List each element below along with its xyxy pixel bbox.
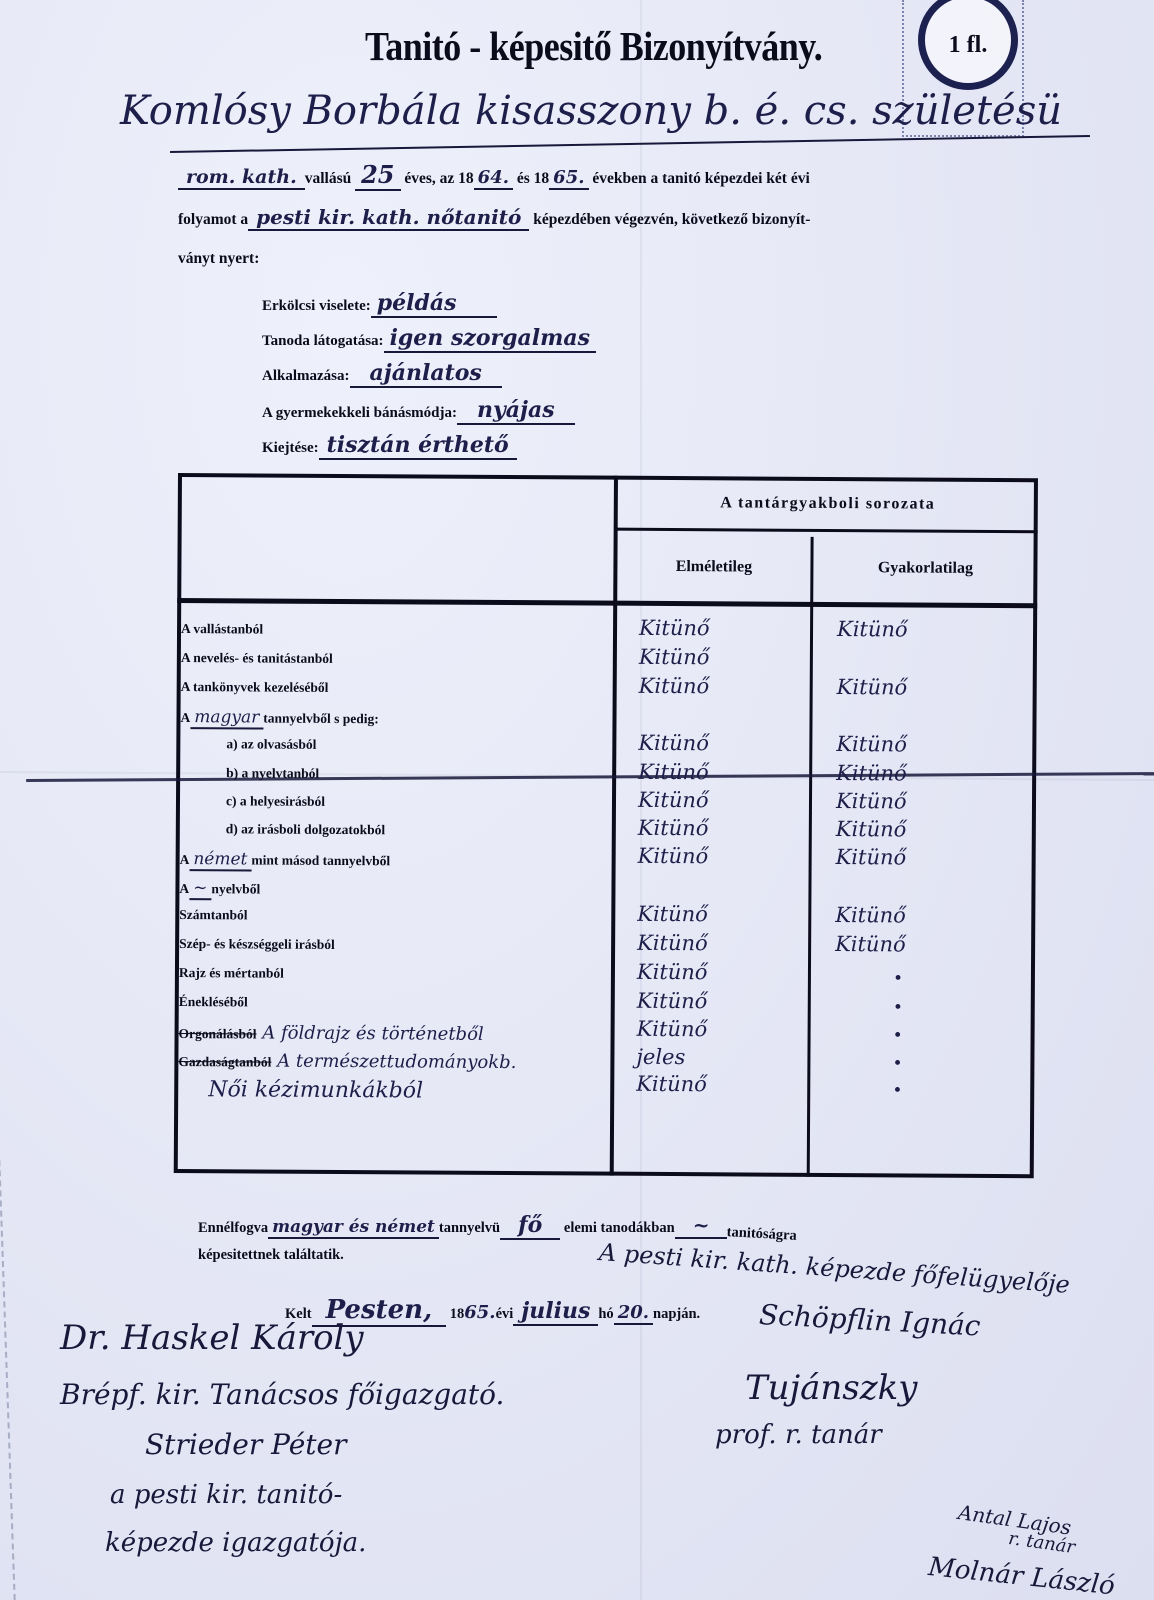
- conclusion-line: Ennélfogvamagyar és némettannyelvüfő ele…: [198, 1212, 798, 1238]
- table-header-main: A tantárgyakboli sorozata: [618, 494, 1038, 515]
- grade-theory: Kitünő: [638, 760, 709, 784]
- year-field: 65.: [464, 1302, 495, 1323]
- stamp-value: 1 fl.: [949, 32, 988, 59]
- qualified-line: képesitettnek találtatik.: [198, 1247, 344, 1264]
- attribute-row: Kiejtése:tisztán érthető: [262, 432, 517, 458]
- signature-line: képezde igazgatója.: [105, 1528, 366, 1558]
- language-field: magyar és német: [268, 1217, 439, 1239]
- grade-practice: Kitünő: [836, 732, 907, 756]
- table-row-subject: Orgonálásból A földrajz és történetből: [179, 1022, 484, 1045]
- signature-line: Strieder Péter: [145, 1428, 346, 1461]
- grades-table: A tantárgyakboli sorozata Elméletileg Gy…: [174, 473, 1038, 1178]
- and-label: és: [517, 170, 530, 187]
- signature-line: a pesti kir. tanitó-: [110, 1480, 342, 1510]
- grade-theory: Kitünő: [639, 616, 710, 640]
- holder-underline: [170, 135, 1090, 153]
- attribute-value: ajánlatos: [350, 360, 502, 388]
- month-field: julius: [513, 1298, 598, 1326]
- grade-practice: Kitünő: [836, 845, 907, 869]
- blank-field: ~: [675, 1213, 728, 1239]
- attribute-label: Tanoda látogatása:: [262, 333, 384, 349]
- institute-label: képezdében végezvén, következő bizonyít-: [533, 211, 810, 228]
- table-row-subject: Rajz és mértanból: [179, 965, 284, 982]
- grade-practice: Kitünő: [835, 932, 906, 956]
- religion-age-line: rom. kath.vallású 25 éves, az 1864. és 1…: [178, 160, 810, 189]
- table-row-subject: Énekléséből: [179, 994, 248, 1010]
- attribute-value: tisztán érthető: [319, 432, 517, 460]
- religion-field: rom. kath.: [178, 166, 305, 190]
- grade-theory: Kitünő: [637, 960, 708, 984]
- table-row-subject: Számtanból: [179, 907, 247, 923]
- age-label: éves, az: [404, 170, 454, 187]
- subject-struck: Gazdaságtanból: [178, 1054, 271, 1070]
- grade-practice: Kitünő: [837, 617, 908, 641]
- attribute-value: példás: [371, 290, 497, 318]
- subject-fill: német: [189, 849, 251, 871]
- grade-theory: Kitünő: [638, 788, 709, 812]
- grade-theory: jeles: [636, 1045, 685, 1069]
- grade-theory: Kitünő: [637, 931, 708, 955]
- attribute-row: Alkalmazása:ajánlatos: [262, 360, 502, 386]
- subject-suffix: mint másod tannyelvből: [251, 852, 390, 868]
- attribute-value: nyájas: [457, 397, 575, 425]
- grade-practice-dash: •: [895, 967, 901, 988]
- subject-prefix: A: [180, 852, 190, 867]
- table-row-subject: A tankönyvek kezeléséből: [181, 679, 329, 696]
- conclusion-prefix: Ennélfogva: [198, 1220, 268, 1236]
- grade-theory: Kitünő: [638, 844, 709, 868]
- level-label: elemi tanodákban: [564, 1220, 675, 1236]
- received-label: ványt nyert:: [178, 250, 259, 268]
- grade-practice-dash: •: [895, 996, 901, 1017]
- paper-edge: [0, 1160, 19, 1600]
- year-label: évi: [496, 1306, 514, 1322]
- attribute-label: Kiejtése:: [262, 440, 319, 456]
- signature-line: A pesti kir. kath. képezde főfelügyelője: [598, 1238, 1071, 1299]
- attribute-row: Erkölcsi viselete:példás: [262, 290, 497, 316]
- grade-theory: Kitünő: [637, 1017, 708, 1041]
- grade-theory: Kitünő: [636, 1072, 707, 1096]
- month-label: hó: [598, 1306, 613, 1322]
- religion-label: vallású: [305, 170, 352, 187]
- institute-field: pesti kir. kath. nőtanitó: [248, 205, 529, 231]
- table-row-subject: a) az olvasásból: [226, 736, 316, 753]
- subject-prefix: A: [179, 881, 189, 896]
- table-row-subject: Gazdaságtanból A természettudományokb.: [178, 1050, 516, 1073]
- year-prefix-2: 18: [534, 170, 550, 187]
- table-header-practice: Gyakorlatilag: [813, 559, 1037, 578]
- table-row-subject: A vallástanból: [181, 621, 263, 638]
- signature-line: Schöpflin Ignác: [758, 1298, 981, 1343]
- day-label: napján.: [653, 1306, 700, 1322]
- table-row-subject: A~nyelvből: [179, 878, 260, 898]
- document-page: Tanitó - képesitő Bizonyítvány. 1 fl. Ko…: [0, 0, 1154, 1600]
- table-row-subject: b) a nyelvtanból: [226, 765, 319, 782]
- grade-practice: Kitünő: [836, 789, 907, 813]
- table-row-subject: d) az irásboli dolgozatokból: [226, 821, 385, 838]
- signature-line: Dr. Haskel Károly: [60, 1318, 364, 1358]
- grade-theory: Kitünő: [639, 645, 710, 669]
- grade-theory: Kitünő: [639, 674, 710, 698]
- grade-theory: Kitünő: [637, 989, 708, 1013]
- table-row-subject: Anémetmint másod tannyelvből: [180, 849, 391, 870]
- age-field: 25: [355, 160, 400, 191]
- subject-prefix: A: [180, 710, 190, 725]
- level-field: fő: [500, 1212, 560, 1240]
- grade-practice: Kitünő: [836, 817, 907, 841]
- signature-line: prof. r. tanár: [715, 1420, 882, 1450]
- signature-line: Tujánszky: [745, 1368, 917, 1408]
- grade-practice-dash: •: [894, 1079, 900, 1100]
- stamp-seal: 1 fl.: [918, 0, 1018, 90]
- subject-suffix: nyelvből: [211, 881, 260, 896]
- attribute-value: igen szorgalmas: [384, 325, 596, 353]
- subject-fill: ~: [189, 878, 211, 900]
- table-row-subject: A nevelés- és tanitástanból: [181, 650, 333, 667]
- table-header-theory: Elméletileg: [617, 558, 810, 577]
- language-label: tannyelvü: [439, 1220, 500, 1236]
- attribute-label: Erkölcsi viselete:: [262, 298, 371, 314]
- document-title: Tanitó - képesitő Bizonyítvány.: [365, 22, 822, 70]
- subject-handwritten: A földrajz és történetből: [257, 1022, 484, 1044]
- day-field: 20.: [614, 1302, 653, 1325]
- course-label: folyamot a: [178, 211, 248, 228]
- table-row-subject: Amagyartannyelvből s pedig:: [180, 707, 378, 728]
- signature-line: Molnár László: [927, 1552, 1116, 1600]
- subject-fill: magyar: [190, 707, 263, 729]
- year-field-1: 64.: [474, 167, 513, 190]
- institute-line: folyamot apesti kir. kath. nőtanitó képe…: [178, 205, 810, 229]
- subject-suffix: tannyelvből s pedig:: [263, 711, 379, 727]
- attribute-label: Alkalmazása:: [262, 368, 350, 384]
- attribute-row: Tanoda látogatása:igen szorgalmas: [262, 325, 596, 351]
- table-row-subject: Szép- és készséggeli irásból: [179, 936, 335, 953]
- signature-line: Brépf. kir. Tanácsos főigazgató.: [60, 1378, 504, 1411]
- years-label: években a tanitó képezdei két évi: [592, 170, 809, 187]
- year-prefix: 18: [450, 1306, 465, 1322]
- attribute-row: A gyermekekkeli bánásmódja:nyájas: [262, 397, 575, 423]
- subject-struck: Orgonálásból: [179, 1026, 257, 1041]
- year-field-2: 65.: [549, 167, 588, 190]
- grade-theory: Kitünő: [638, 816, 709, 840]
- grade-theory: Kitünő: [637, 902, 708, 926]
- subject-handwritten: Női kézimunkákból: [208, 1077, 423, 1103]
- grade-practice: Kitünő: [836, 761, 907, 785]
- attribute-label: A gyermekekkeli bánásmódja:: [262, 405, 457, 421]
- end-label: tanitóságra: [727, 1224, 798, 1245]
- grade-practice-dash: •: [895, 1024, 901, 1045]
- table-row-subject: c) a helyesirásból: [226, 793, 325, 810]
- grade-theory: Kitünő: [638, 731, 709, 755]
- table-row-subject: Női kézimunkákból: [178, 1077, 423, 1103]
- holder-name-line: Komlósy Borbála kisasszony b. é. cs. szü…: [120, 88, 1062, 134]
- grade-practice-dash: •: [894, 1052, 900, 1073]
- subject-handwritten: A természettudományokb.: [271, 1051, 516, 1073]
- grade-practice: Kitünő: [837, 675, 908, 699]
- grade-practice: Kitünő: [835, 903, 906, 927]
- year-prefix-1: 18: [458, 170, 474, 187]
